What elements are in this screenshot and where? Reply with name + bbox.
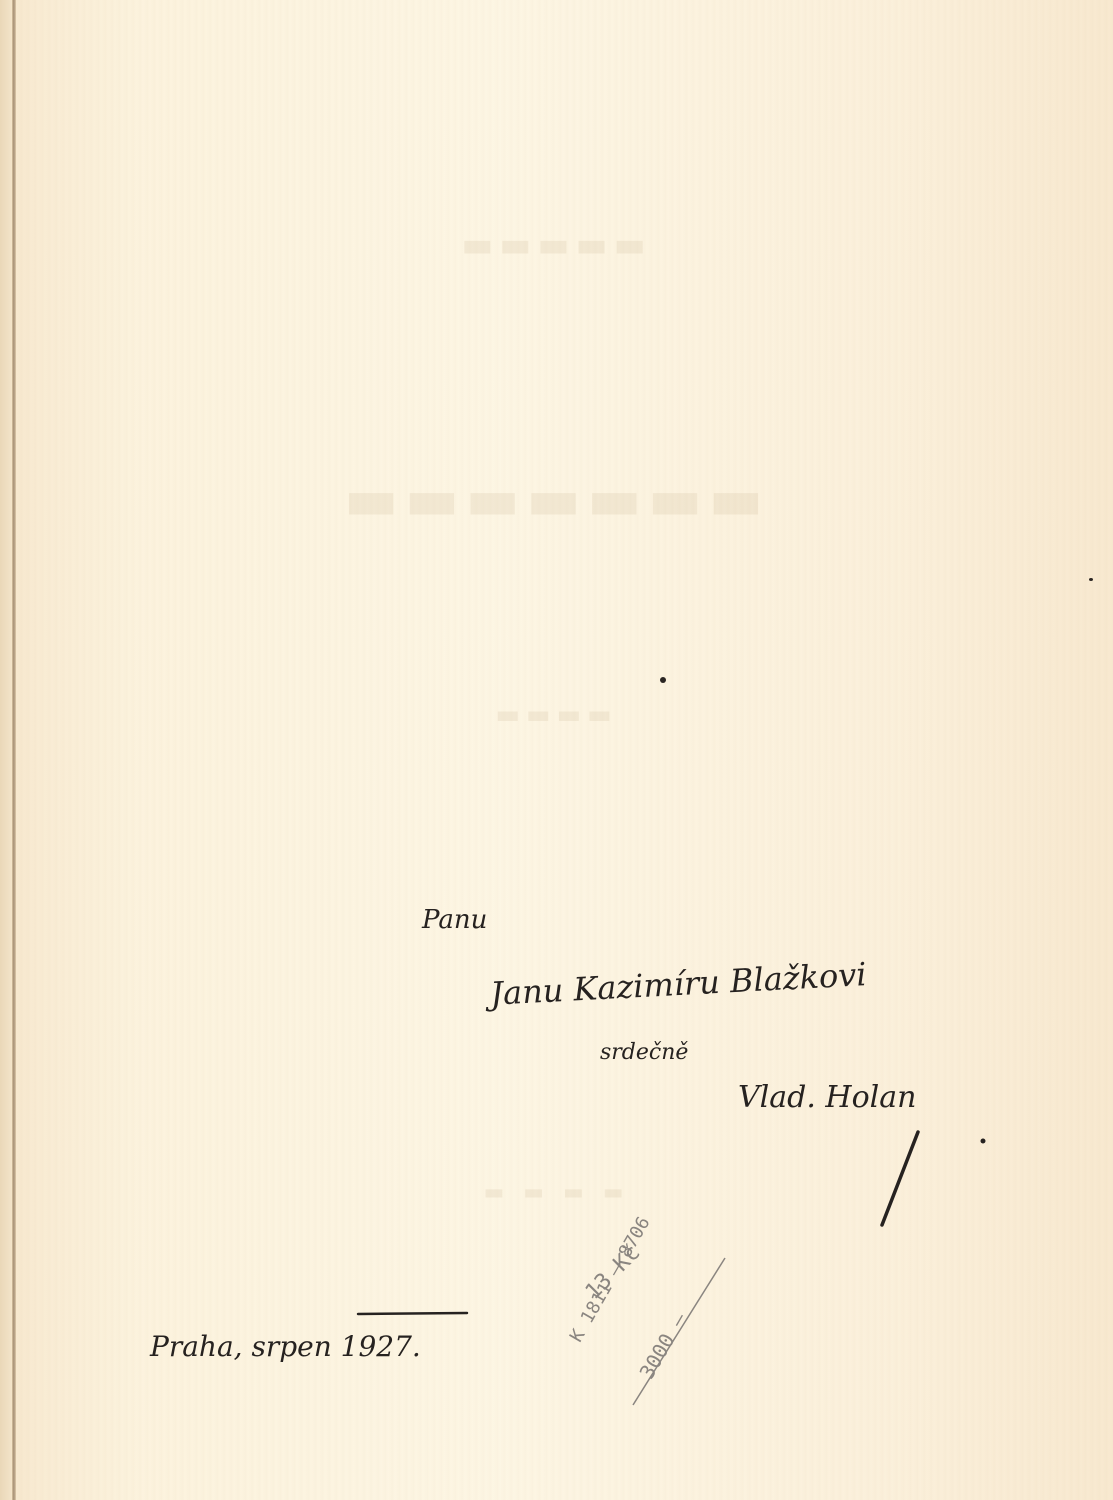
pencil-slash (625, 1250, 735, 1410)
place-date: Praha, srpen 1927. (150, 1330, 421, 1363)
book-page: ▬▬▬▬▬ ▬▬▬▬▬▬▬ ▬▬▬▬ ▬ ▬ ▬ ▬ Panu Janu Kaz… (0, 0, 1113, 1500)
show-through-text: ▬▬▬▬▬▬▬ (0, 465, 1113, 533)
show-through-text: ▬▬▬▬ (0, 700, 1113, 730)
dedication-closing: srdečně (600, 1040, 688, 1065)
separator-line (355, 1310, 470, 1318)
ink-dot (1089, 578, 1093, 581)
dedication-salutation: Panu (422, 905, 487, 935)
signature-flourish (870, 1130, 990, 1230)
signature: Vlad. Holan (738, 1080, 916, 1115)
ink-dot (660, 677, 666, 683)
dedication-recipient: Janu Kazimíru Blažkovi (489, 955, 867, 1013)
show-through-text: ▬▬▬▬▬ (0, 225, 1113, 265)
